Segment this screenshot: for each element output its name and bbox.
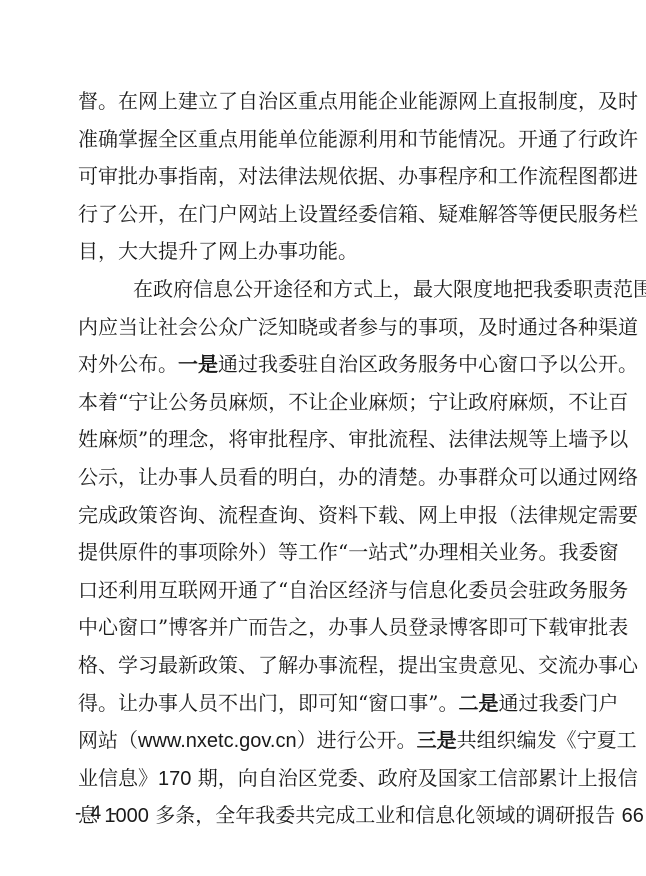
text-segment: 通过我委门户 <box>498 691 618 715</box>
text-segment: 通过我委驻自治区政务服务中心窗口予以公开。 <box>218 352 638 376</box>
text-segment: 得。让办事人员不出门，即可知“窗口事”。 <box>78 691 458 715</box>
paragraph-online-services: 督。在网上建立了自治区重点用能企业能源网上直报制度，及时准确掌握全区重点用能单位… <box>78 83 574 271</box>
text-segment: 督。在网上建立了自治区重点用能企业能源网上直报制度，及时 <box>78 89 638 113</box>
text-line: 内应当让社会公众广泛知晓或者参与的事项，及时通过各种渠道 <box>78 309 574 347</box>
text-line: 本着“宁让公务员麻烦，不让企业麻烦；宁让政府麻烦，不让百 <box>78 384 574 422</box>
text-segment: 多条，全年我委共完成工业和信息化领域的调研报告 <box>149 803 622 827</box>
text-segment: 行了公开，在门户网站上设置经委信箱、疑难解答等便民服务栏 <box>78 202 638 226</box>
text-line: 业信息》170 期，向自治区党委、政府及国家工信部累计上报信 <box>78 760 574 798</box>
text-segment: 期，向自治区党委、政府及国家工信部累计上报信 <box>191 766 637 790</box>
text-line: 网站（www.nxetc.gov.cn）进行公开。三是共组织编发《宁夏工 <box>78 722 574 760</box>
text-segment: 姓麻烦”的理念，将审批程序、审批流程、法律法规等上墙予以 <box>78 427 628 451</box>
text-segment: 对外公布。 <box>78 352 178 376</box>
text-segment: 完成政策咨询、流程查询、资料下载、网上申报（法律规定需要 <box>78 503 638 527</box>
text-segment: 共组织编发《宁夏工 <box>457 728 637 752</box>
text-line: 可审批办事指南，对法律法规依据、办事程序和工作流程图都进 <box>78 158 574 196</box>
text-segment: 内应当让社会公众广泛知晓或者参与的事项，及时通过各种渠道 <box>78 315 638 339</box>
text-line: 中心窗口”博客并广而告之，办事人员登录博客即可下载审批表 <box>78 609 574 647</box>
text-segment: 准确掌握全区重点用能单位能源利用和节能情况。开通了行政许 <box>78 127 638 151</box>
bold-emphasis: 三是 <box>417 728 457 752</box>
text-line: 督。在网上建立了自治区重点用能企业能源网上直报制度，及时 <box>78 83 574 121</box>
text-segment: 可审批办事指南，对法律法规依据、办事程序和工作流程图都进 <box>78 164 638 188</box>
bold-emphasis: 一是 <box>178 352 218 376</box>
text-segment: 在政府信息公开途径和方式上，最大限度地把我委职责范围 <box>133 277 646 301</box>
text-line: 姓麻烦”的理念，将审批程序、审批流程、法律法规等上墙予以 <box>78 421 574 459</box>
text-segment: 公示，让办事人员看的明白，办的清楚。办事群众可以通过网络 <box>78 465 638 489</box>
paragraph-disclosure-channels: 在政府信息公开途径和方式上，最大限度地把我委职责范围内应当让社会公众广泛知晓或者… <box>78 271 574 835</box>
text-line: 得。让办事人员不出门，即可知“窗口事”。二是通过我委门户 <box>78 685 574 723</box>
text-segment: www.nxetc.gov.cn <box>138 730 297 752</box>
text-segment: 网站（ <box>78 728 138 752</box>
text-line: 目，大大提升了网上办事功能。 <box>78 233 574 271</box>
text-segment: 本着“宁让公务员麻烦，不让企业麻烦；宁让政府麻烦，不让百 <box>78 390 628 414</box>
text-line: 格、学习最新政策、了解办事流程，提出宝贵意见、交流办事心 <box>78 647 574 685</box>
text-line: 提供原件的事项除外）等工作“一站式”办理相关业务。我委窗 <box>78 534 574 572</box>
text-segment: ）进行公开。 <box>297 728 417 752</box>
text-line: 息 1000 多条，全年我委共完成工业和信息化领域的调研报告 66 <box>78 797 574 835</box>
bold-emphasis: 二是 <box>458 691 498 715</box>
text-line: 对外公布。一是通过我委驻自治区政务服务中心窗口予以公开。 <box>78 346 574 384</box>
document-body: 督。在网上建立了自治区重点用能企业能源网上直报制度，及时准确掌握全区重点用能单位… <box>78 83 574 835</box>
text-segment: 目，大大提升了网上办事功能。 <box>78 239 358 263</box>
text-line: 行了公开，在门户网站上设置经委信箱、疑难解答等便民服务栏 <box>78 196 574 234</box>
text-segment: 中心窗口”博客并广而告之，办事人员登录博客即可下载审批表 <box>78 615 628 639</box>
document-page: 督。在网上建立了自治区重点用能企业能源网上直报制度，及时准确掌握全区重点用能单位… <box>0 0 646 876</box>
text-segment: 格、学习最新政策、了解办事流程，提出宝贵意见、交流办事心 <box>78 653 638 677</box>
text-segment: 170 <box>158 768 191 790</box>
text-line: 完成政策咨询、流程查询、资料下载、网上申报（法律规定需要 <box>78 497 574 535</box>
text-line: 在政府信息公开途径和方式上，最大限度地把我委职责范围 <box>78 271 574 309</box>
text-segment: 66 <box>622 805 644 827</box>
text-line: 公示，让办事人员看的明白，办的清楚。办事群众可以通过网络 <box>78 459 574 497</box>
text-segment: 口还利用互联网开通了“自治区经济与信息化委员会驻政务服务 <box>78 578 628 602</box>
text-segment: 业信息》 <box>78 766 158 790</box>
page-number: - 4 - <box>75 803 119 825</box>
text-line: 准确掌握全区重点用能单位能源利用和节能情况。开通了行政许 <box>78 121 574 159</box>
text-line: 口还利用互联网开通了“自治区经济与信息化委员会驻政务服务 <box>78 572 574 610</box>
text-segment: 提供原件的事项除外）等工作“一站式”办理相关业务。我委窗 <box>78 540 618 564</box>
